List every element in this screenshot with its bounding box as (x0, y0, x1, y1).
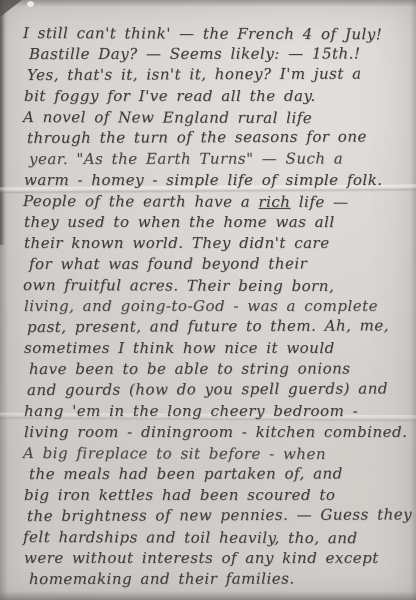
letter-line: year. "As the Earth Turns" — Such a (29, 148, 409, 170)
letter-line: own fruitful acres. Their being born, (23, 275, 403, 297)
letter-body: I still can't think' — the French 4 of J… (24, 23, 404, 590)
letter-line: I still can't think' — the French 4 of J… (23, 23, 403, 45)
letter-line: for what was found beyond their (29, 253, 409, 275)
scan-edge-left-shadow (0, 0, 5, 245)
letter-line: past, present, and future to them. Ah, m… (27, 315, 407, 338)
letter-line: warm - homey - simple life of simple fol… (24, 170, 404, 191)
paper-speck (27, 1, 34, 7)
letter-line: sometimes I think how nice it would (24, 338, 404, 359)
letter-line: homemaking and their families. (29, 568, 409, 590)
letter-line: and gourds (how do you spell guerds) and (27, 378, 407, 401)
letter-page: I still can't think' — the French 4 of J… (0, 0, 416, 600)
letter-line: have been to be able to string onions (29, 358, 409, 380)
letter-line: their known world. They didn't care (24, 233, 404, 254)
letter-line: were without interests of any kind excep… (24, 548, 404, 569)
letter-line: they used to when the home was all (24, 212, 404, 233)
letter-line: bit foggy for I've read all the day. (24, 86, 404, 107)
letter-line: big iron kettles had been scoured to (24, 485, 404, 506)
letter-line: People of the earth have a rich life — (23, 191, 403, 213)
letter-line: Bastille Day? — Seems likely: — 15th.! (29, 43, 409, 65)
letter-line: the meals had been partaken of, and (29, 463, 409, 485)
letter-line: Yes, that's it, isn't it, honey? I'm jus… (27, 63, 407, 86)
letter-line: A big fireplace to sit before - when (23, 443, 403, 465)
letter-line: living, and going-to-God - was a complet… (24, 296, 404, 317)
letter-line: living room - diningroom - kitchen combi… (24, 422, 404, 443)
scan-edge-top (0, 0, 416, 7)
letter-line: through the turn of the seasons for one (27, 126, 407, 149)
scan-edge-bottom (0, 591, 416, 600)
underlined-word: rich (258, 193, 290, 211)
letter-line: the brightness of new pennies. — Guess t… (27, 504, 407, 527)
letter-line: hang 'em in the long cheery bedroom - (24, 401, 404, 422)
letter-line: felt hardships and toil heavily, tho, an… (23, 527, 403, 549)
